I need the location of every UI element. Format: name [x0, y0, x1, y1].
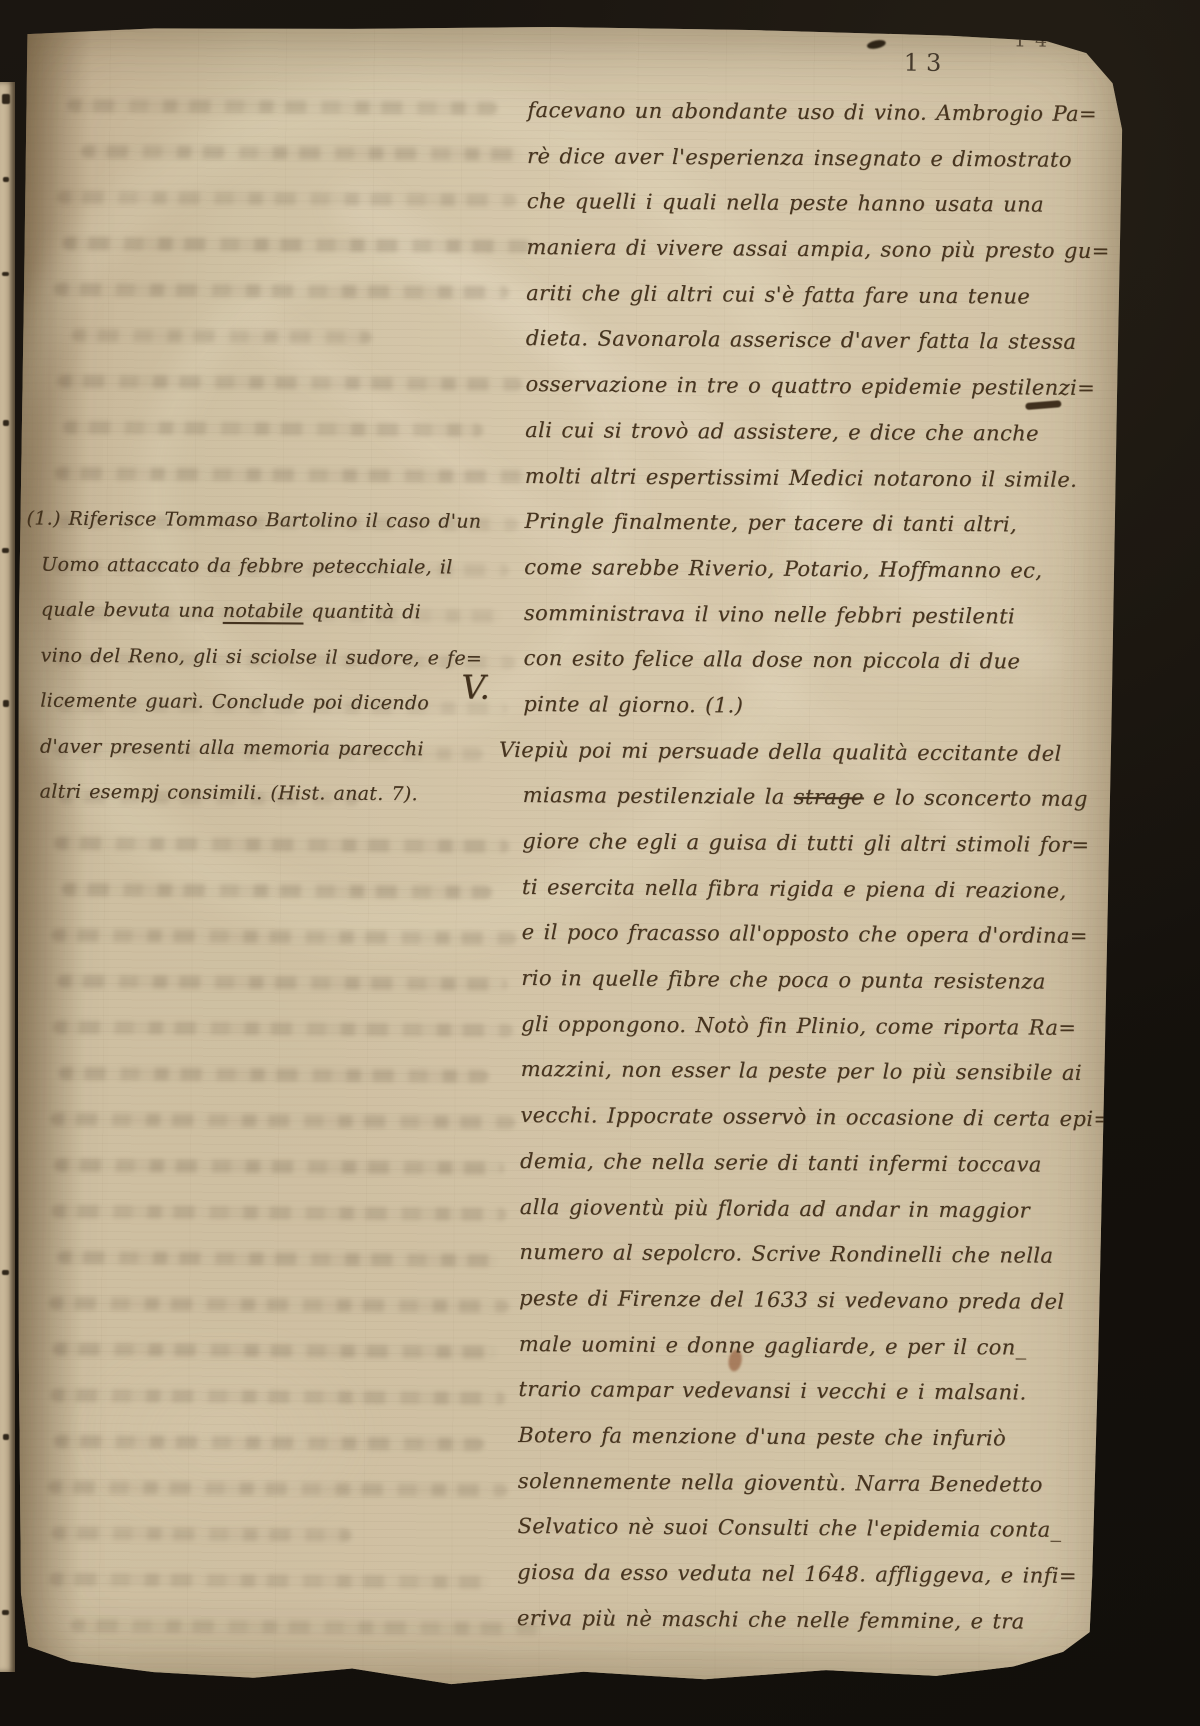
- edge-ink-mark: [3, 1434, 9, 1440]
- manuscript-line: ali cui si trovò ad assistere, e dice ch…: [525, 408, 1117, 458]
- manuscript-line: solennemente nella gioventù. Narra Bened…: [518, 1459, 1110, 1509]
- section-marker: V.: [461, 668, 490, 707]
- struck-word: strage: [794, 785, 864, 809]
- manuscript-line: mazzini, non esser la peste per lo più s…: [521, 1047, 1113, 1097]
- facing-page-edge: [0, 82, 15, 1672]
- manuscript-line: ariti che gli altri cui s'è fatta fare u…: [526, 271, 1118, 321]
- scanned-manuscript-photo: 14 13 (1.) Riferisce Tommaso Bartolino i…: [0, 0, 1200, 1726]
- manuscript-line: trario campar vedevansi i vecchi e i mal…: [518, 1367, 1110, 1417]
- manuscript-line: Selvatico nè suoi Consulti che l'epidemi…: [517, 1504, 1109, 1554]
- manuscript-line: rio in quelle fibre che poca o punta res…: [521, 956, 1113, 1006]
- manuscript-page: 14 13 (1.) Riferisce Tommaso Bartolino i…: [10, 22, 1124, 1692]
- manuscript-line: demia, che nella serie di tanti infermi …: [520, 1139, 1112, 1189]
- footnote-block: (1.) Riferisce Tommaso Bartolino il caso…: [24, 497, 518, 819]
- footnote-text: quale bevuta una: [41, 599, 223, 622]
- manuscript-line: numero al sepolcro. Scrive Rondinelli ch…: [519, 1230, 1111, 1280]
- main-text-column: facevano un abondante uso di vino. Ambro…: [517, 88, 1120, 1645]
- manuscript-line: gli oppongono. Notò fin Plinio, come rip…: [521, 1002, 1113, 1052]
- manuscript-line: facevano un abondante uso di vino. Ambro…: [527, 88, 1119, 138]
- manuscript-line: osservazione in tre o quattro epidemie p…: [525, 362, 1117, 412]
- footnote-text: quantità di: [303, 600, 421, 623]
- edge-ink-mark: [2, 1610, 9, 1615]
- manuscript-line: giosa da esso veduta nel 1648. affliggev…: [517, 1550, 1109, 1600]
- manuscript-line: miasma pestilenziale la strage e lo scon…: [522, 773, 1114, 823]
- page-number-primary: 13: [904, 49, 949, 77]
- footnote-line: (1.) Riferisce Tommaso Bartolino il caso…: [26, 497, 518, 546]
- manuscript-line: Viepiù poi mi persuade della qualità ecc…: [499, 727, 1115, 777]
- manuscript-line: Pringle finalmente, per tacere di tanti …: [524, 499, 1116, 549]
- footnote-line: d'aver presenti alla memoria parecchi: [25, 724, 517, 773]
- manuscript-line: vecchi. Ippocrate osservò in occasione d…: [520, 1093, 1112, 1143]
- manuscript-line: pinte al giorno. (1.): [523, 682, 1115, 732]
- bleedthrough-text: [22, 22, 1124, 30]
- footnote-line: vino del Reno, gli si sciolse il sudore,…: [25, 633, 517, 682]
- manuscript-text: e lo sconcerto mag: [864, 786, 1088, 812]
- edge-ink-mark: [3, 420, 9, 426]
- manuscript-line: molti altri espertissimi Medici notarono…: [525, 453, 1117, 503]
- manuscript-line: maniera di vivere assai ampia, sono più …: [526, 225, 1118, 275]
- manuscript-line: ti esercita nella fibra rigida e piena d…: [522, 865, 1114, 915]
- manuscript-line: dieta. Savonarola asserisce d'aver fatta…: [526, 316, 1118, 366]
- manuscript-text: miasma pestilenziale la: [523, 783, 794, 809]
- footnote-line: altri esempj consimili. (Hist. anat. 7).: [24, 769, 516, 818]
- manuscript-line: Botero fa menzione d'una peste che infur…: [518, 1413, 1110, 1463]
- edge-ink-mark: [2, 548, 9, 553]
- manuscript-line: con esito felice alla dose non piccola d…: [523, 636, 1115, 686]
- edge-ink-mark: [3, 177, 9, 182]
- ink-blot: [866, 39, 886, 51]
- edge-ink-mark: [2, 272, 9, 276]
- manuscript-line: rè dice aver l'esperienza insegnato e di…: [527, 134, 1119, 184]
- page-number-secondary: 14: [1014, 29, 1056, 51]
- edge-ink-mark: [2, 94, 10, 104]
- manuscript-line: somministrava il vino nelle febbri pesti…: [524, 591, 1116, 641]
- footnote-line: licemente guarì. Conclude poi dicendo: [25, 679, 517, 728]
- manuscript-line: male uomini e donne gagliarde, e per il …: [519, 1322, 1111, 1372]
- manuscript-line: come sarebbe Riverio, Potario, Hoffmanno…: [524, 545, 1116, 595]
- manuscript-line: alla gioventù più florida ad andar in ma…: [520, 1184, 1112, 1234]
- manuscript-line: peste di Firenze del 1633 si vedevano pr…: [519, 1276, 1111, 1326]
- underlined-word: notabile: [223, 600, 304, 623]
- manuscript-line: eriva più nè maschi che nelle femmine, e…: [517, 1596, 1109, 1646]
- manuscript-line: giore che egli a guisa di tutti gli altr…: [522, 819, 1114, 869]
- edge-ink-mark: [3, 700, 9, 707]
- footnote-line: quale bevuta una notabile quantità di: [26, 588, 518, 637]
- footnote-line: Uomo attaccato da febbre petecchiale, il: [26, 542, 518, 591]
- manuscript-line: e il poco fracasso all'opposto che opera…: [522, 910, 1114, 960]
- edge-ink-mark: [2, 1270, 9, 1275]
- manuscript-line: che quelli i quali nella peste hanno usa…: [527, 179, 1119, 229]
